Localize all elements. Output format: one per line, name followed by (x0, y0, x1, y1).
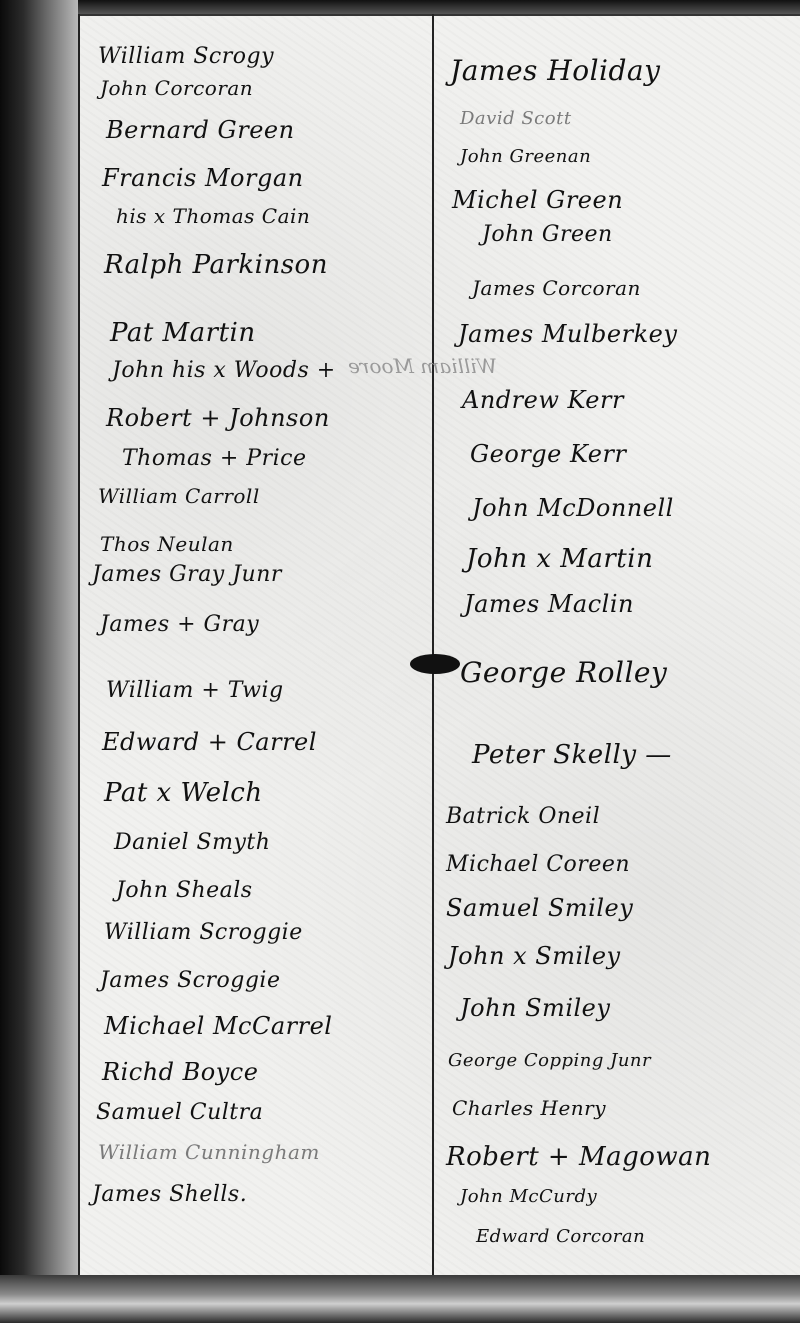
signature-entry: William Carroll (98, 484, 260, 508)
signature-entry: Daniel Smyth (114, 830, 270, 855)
scan-edge-left (0, 0, 78, 1323)
signature-entry: John Greenan (460, 146, 591, 167)
signature-entry: John McCurdy (460, 1186, 597, 1207)
signature-entry: Charles Henry (452, 1096, 606, 1120)
signature-entry: James Scroggie (100, 968, 280, 993)
signature-entry: John Green (482, 222, 613, 247)
signature-entry: John x Martin (466, 544, 653, 574)
signature-entry: James Corcoran (472, 276, 641, 300)
signature-entry: Peter Skelly — (472, 740, 672, 770)
signature-entry: Edward + Carrel (102, 728, 317, 756)
signature-entry: John Smiley (460, 994, 610, 1022)
signature-entry: Thomas + Price (122, 446, 306, 471)
signature-entry: George Kerr (470, 440, 626, 468)
signature-entry: William Cunningham (98, 1140, 320, 1164)
signature-entry: Batrick Oneil (446, 804, 600, 829)
signature-entry: Samuel Smiley (446, 894, 633, 922)
signature-entry: John Corcoran (100, 76, 253, 100)
document-page: William Moore William ScrogyJohn Corcora… (78, 14, 800, 1276)
signature-entry: James Mulberkey (458, 320, 677, 348)
scan-edge-top (0, 0, 800, 14)
signature-entry: David Scott (460, 108, 572, 129)
signature-entry: Thos Neulan (100, 532, 234, 556)
signature-entry: Ralph Parkinson (104, 250, 328, 280)
scan-edge-bottom (0, 1275, 800, 1323)
signature-entry: Robert + Johnson (106, 404, 330, 432)
signature-entry: William Scroggie (104, 920, 303, 945)
signature-entry: James Gray Junr (92, 562, 282, 587)
signature-entry: William Scrogy (98, 44, 274, 69)
signature-entry: James + Gray (100, 612, 259, 637)
signature-entry: his x Thomas Cain (116, 204, 310, 228)
right-name-column: James HolidayDavid ScottJohn GreenanMich… (434, 14, 800, 1276)
signature-entry: James Maclin (464, 590, 634, 618)
signature-entry: George Copping Junr (448, 1050, 651, 1071)
signature-entry: John McDonnell (472, 494, 674, 522)
signature-entry: Robert + Magowan (446, 1142, 711, 1172)
signature-entry: Michel Green (452, 186, 623, 214)
signature-entry: Francis Morgan (102, 164, 304, 192)
signature-entry: Samuel Cultra (96, 1100, 263, 1125)
signature-entry: George Rolley (460, 656, 667, 689)
signature-entry: Edward Corcoran (476, 1226, 645, 1247)
signature-entry: John his x Woods + (112, 358, 336, 383)
signature-entry: Andrew Kerr (462, 386, 624, 414)
signature-entry: John x Smiley (448, 942, 621, 970)
signature-entry: Michael Coreen (446, 852, 630, 877)
signature-entry: James Holiday (450, 54, 660, 87)
left-name-column: William ScrogyJohn CorcoranBernard Green… (78, 14, 432, 1276)
signature-entry: Michael McCarrel (104, 1012, 332, 1040)
signature-entry: Bernard Green (106, 116, 295, 144)
signature-entry: Pat Martin (110, 318, 256, 348)
signature-entry: James Shells. (92, 1182, 247, 1207)
signature-entry: William + Twig (106, 678, 284, 703)
signature-entry: John Sheals (116, 878, 253, 903)
signature-entry: Pat x Welch (104, 778, 263, 808)
signature-entry: Richd Boyce (102, 1058, 258, 1086)
